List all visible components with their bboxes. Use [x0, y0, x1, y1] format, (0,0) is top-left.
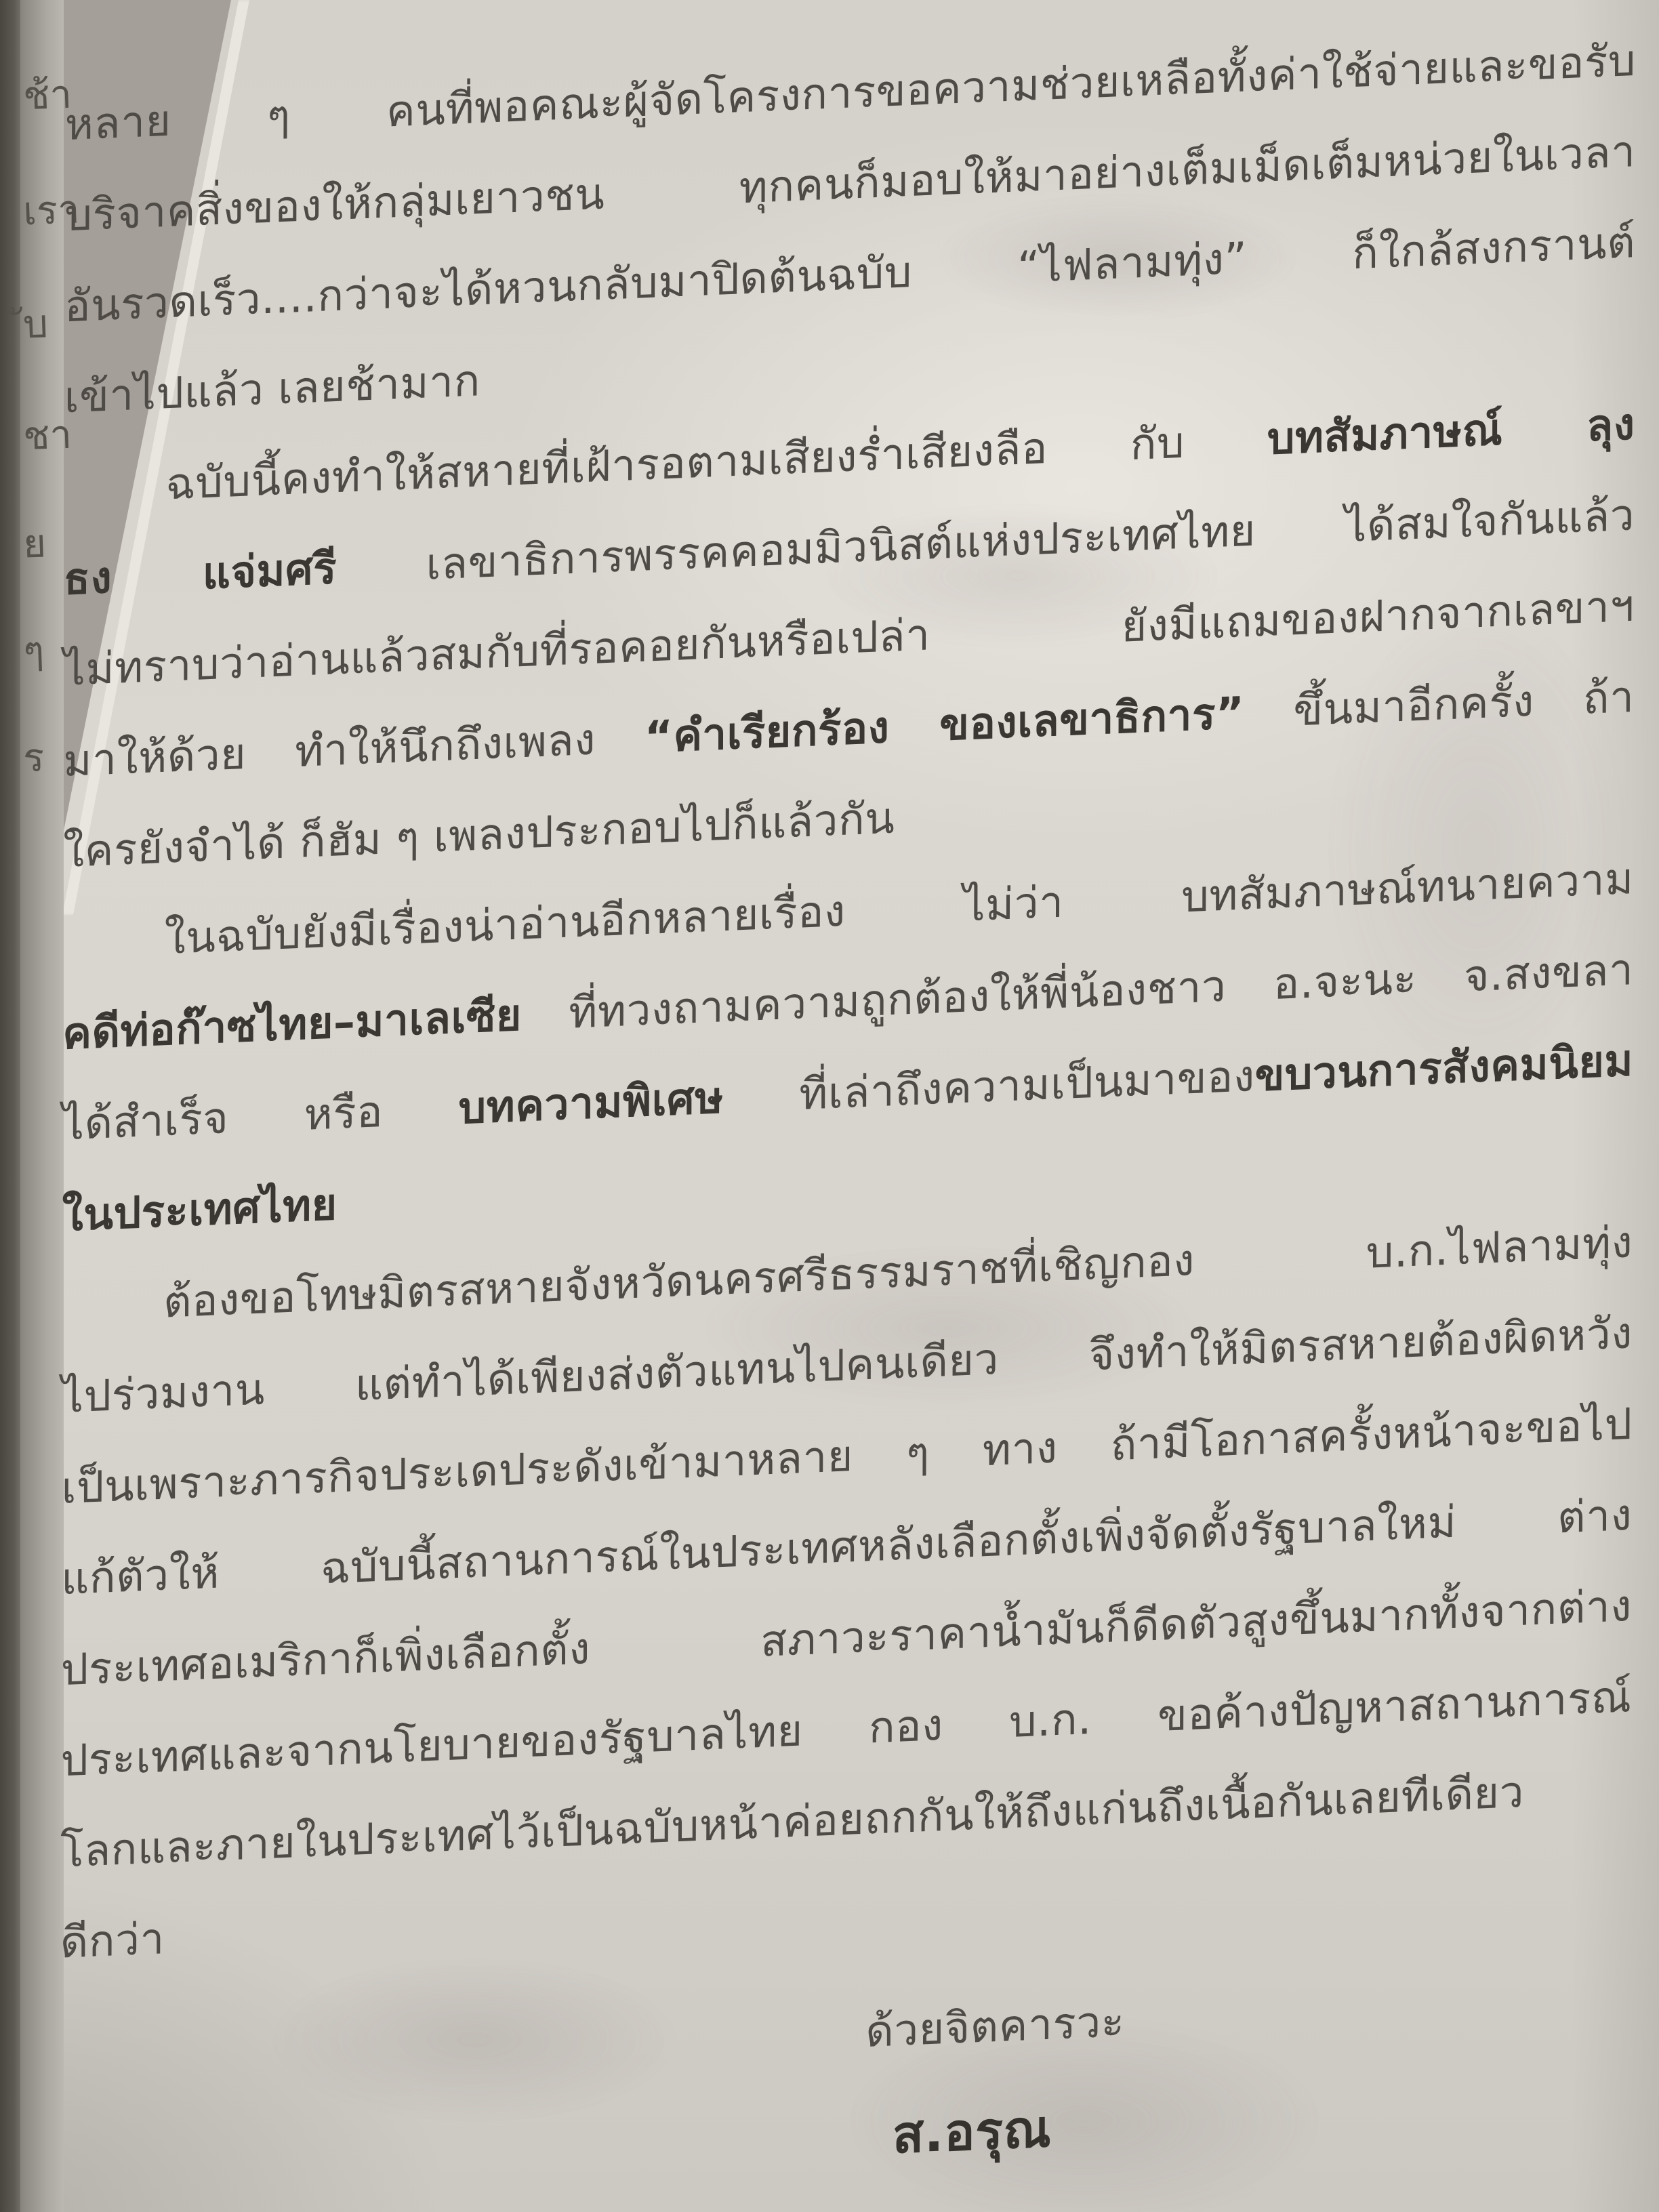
right-edge-shadow	[1571, 0, 1659, 2212]
text-segment: ที่เล่าถึงความเป็นมาของ	[724, 1051, 1255, 1123]
text-segment: เข้าไปแล้ว เลยช้ามาก	[64, 356, 480, 423]
edge-text-fragment: ๆ	[22, 630, 45, 671]
text-lines: หลาย ๆ คนที่พอคณะผู้จัดโครงการขอความช่วย…	[60, 16, 1636, 1989]
edge-text-fragment: ับ	[22, 303, 49, 344]
edge-text-fragment: ย	[22, 523, 47, 564]
photographed-page: { "document": { "language": "th", "color…	[0, 0, 1659, 2212]
bold-text-segment: บทความพิเศษ	[458, 1073, 723, 1134]
bold-text-segment: ในประเทศไทย	[62, 1180, 337, 1242]
text-segment: ได้สำเร็จ หรือ	[62, 1084, 459, 1150]
bold-text-segment: ธง แจ่มศรี	[64, 544, 337, 605]
text-segment: ดีกว่า	[60, 1914, 165, 1968]
text-segment: มาให้ด้วย ทำให้นึกถึงเพลง	[63, 713, 644, 787]
edge-text-fragment: ร	[22, 737, 45, 778]
bold-text-segment: คดีท่อก๊าซไทย–มาเลเซีย	[62, 990, 522, 1059]
adjacent-page-fragments: ช้าเราับชายๆร	[0, 0, 68, 881]
editorial-text-block: หลาย ๆ คนที่พอคณะผู้จัดโครงการขอความช่วย…	[60, 16, 1636, 2212]
bold-text-segment: “คำเรียกร้อง ของเลขาธิการ”	[644, 688, 1245, 762]
text-segment: ใครยังจำได้ ก็ฮัม ๆ เพลงประกอบไปก็แล้วกั…	[63, 794, 895, 878]
